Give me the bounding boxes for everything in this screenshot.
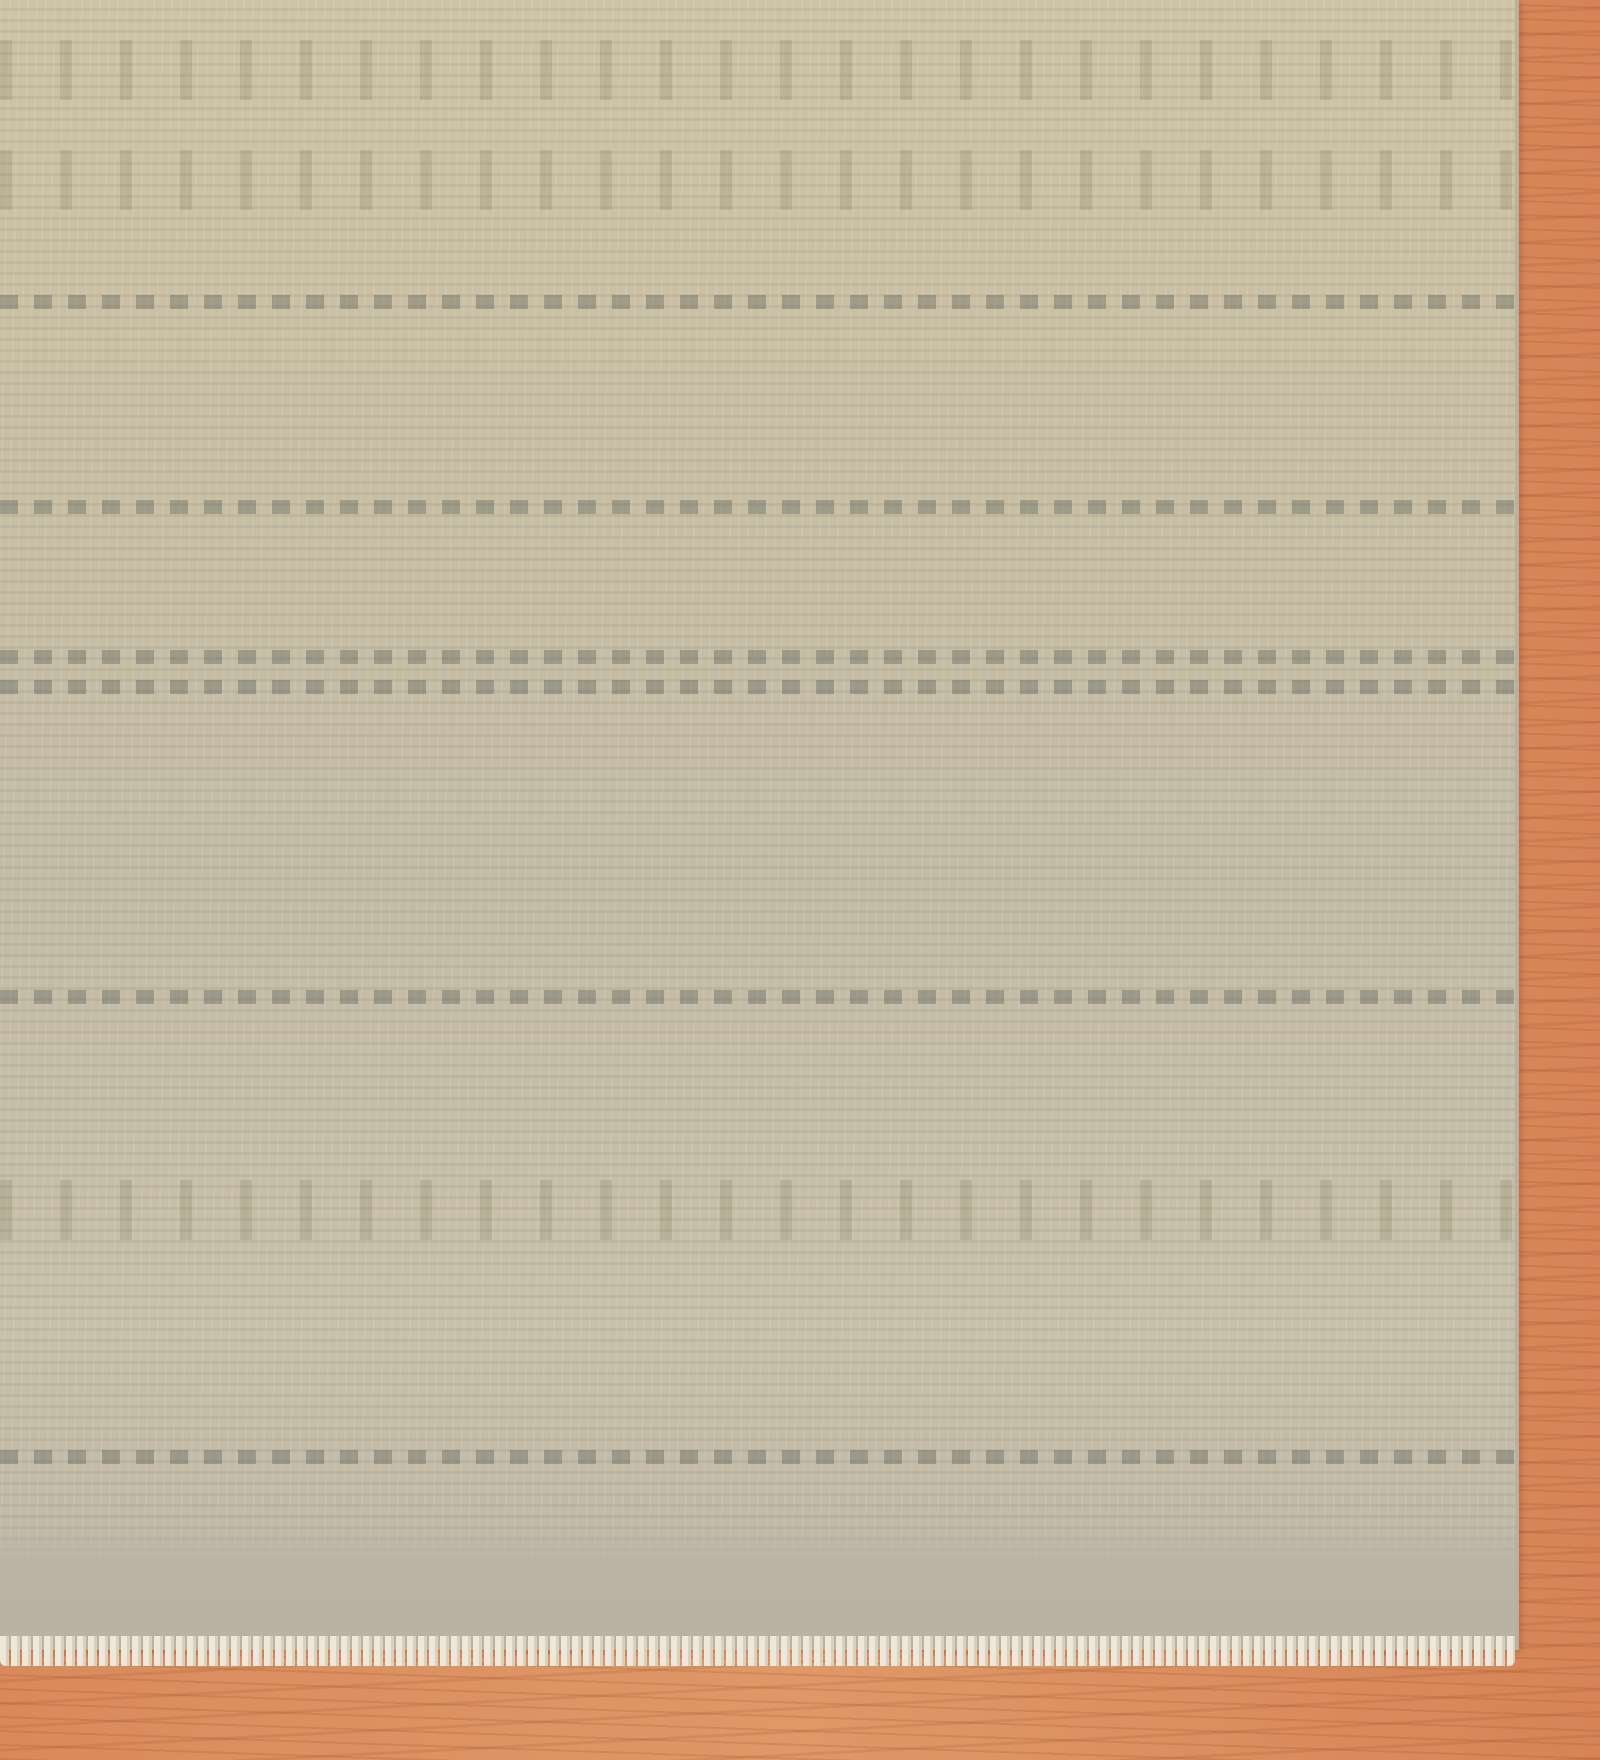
rug-plain-border <box>0 1520 1515 1650</box>
rug <box>0 0 1519 1650</box>
rug-fringe <box>0 1636 1515 1666</box>
rug-abrash-band <box>0 680 1515 694</box>
rug-abrash-band <box>0 1450 1515 1464</box>
rug-abrash-band <box>0 990 1515 1004</box>
rug-motif-row <box>0 40 1515 100</box>
rug-motif-row <box>0 150 1515 210</box>
rug-abrash-band <box>0 295 1515 309</box>
rug-motif-row <box>0 1180 1515 1240</box>
rug-abrash-band <box>0 650 1515 664</box>
rug-abrash-band <box>0 500 1515 514</box>
